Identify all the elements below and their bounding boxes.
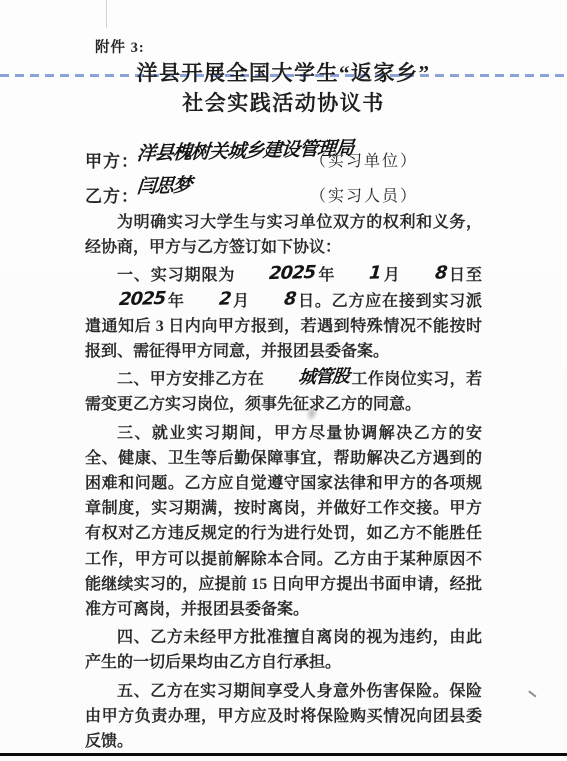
- printed-text-run: 二、甲方安排乙方在: [117, 371, 264, 388]
- printed-text-run: 月: [232, 293, 250, 310]
- handwriting-party-b: 闫思梦: [136, 176, 192, 196]
- handwritten-run: 2025: [86, 290, 166, 310]
- printed-text-run: 四、乙方未经甲方批准擅自离岗的视为违约，由此产生的一切后果均由乙方自行承担。: [85, 629, 482, 671]
- handwritten-run: 8: [251, 290, 296, 309]
- paragraph: 三、就业实习期间，甲方尽量协调解决乙方的安全、健康、卫生等后勤保障事宜，帮助解决…: [85, 421, 482, 623]
- printed-text-run: 年: [167, 293, 185, 310]
- body-paragraphs: 为明确实习大学生与实习单位双方的权利和义务，经协商，甲方与乙方签订如下协议：一、…: [85, 210, 482, 757]
- paragraph: 四、乙方未经甲方批准擅自离岗的视为违约，由此产生的一切后果均由乙方自行承担。: [85, 625, 482, 675]
- paragraph: 二、甲方安排乙方在城管股工作岗位实习，若需变更乙方实习岗位，须事先征求乙方的同意…: [85, 367, 482, 417]
- paragraph: 五、乙方在实习期间享受人身意外伤害保险。保险由甲方负责办理，甲方应及时将保险购买…: [85, 679, 482, 755]
- paragraph: 一、实习期限为2025年1月8日至2025年2月8日。乙方应在接到实习派遣通知后…: [85, 263, 482, 364]
- attachment-label: 附件 3:: [95, 36, 145, 57]
- party-a-label: 甲方：: [85, 147, 139, 172]
- handwritten-run: 1: [337, 265, 382, 284]
- paragraph: 为明确实习大学生与实习单位双方的权利和义务，经协商，甲方与乙方签订如下协议：: [85, 210, 482, 260]
- scan-artifact-diagonal-mark: [528, 690, 536, 697]
- party-b-label: 乙方：: [85, 182, 139, 207]
- scan-artifact-vertical-line: [106, 0, 107, 28]
- party-b-row: 乙方： 闫思梦 （实习人员）: [85, 180, 505, 210]
- party-a-role: （实习单位）: [310, 148, 418, 171]
- printed-text-run: 一、实习期限为: [117, 267, 235, 284]
- handwritten-run: 2025: [237, 264, 317, 284]
- printed-text-run: 为明确实习大学生与实习单位双方的权利和义务，经协商，甲方与乙方签订如下协议：: [85, 214, 482, 256]
- printed-text-run: 月: [383, 267, 401, 284]
- document-title-line2: 社会实践活动协议书: [0, 87, 567, 117]
- printed-text-run: 三、就业实习期间，甲方尽量协调解决乙方的安全、健康、卫生等后勤保障事宜，帮助解决…: [85, 425, 482, 618]
- scanned-agreement-page: 附件 3: 洋县开展全国大学生“返家乡” 社会实践活动协议书 甲方： 洋县槐树关…: [0, 0, 567, 761]
- party-b-role: （实习人员）: [310, 183, 418, 206]
- printed-text-run: 五、乙方在实习期间享受人身意外伤害保险。保险由甲方负责办理，甲方应及时将保险购买…: [85, 683, 482, 750]
- printed-text-run: 日至: [448, 267, 482, 284]
- handwritten-run: 8: [402, 265, 447, 284]
- handwritten-run: 城管股: [265, 368, 350, 388]
- document-title-line1: 洋县开展全国大学生“返家乡”: [0, 57, 567, 87]
- party-b-handwritten-value: 闫思梦: [137, 177, 191, 197]
- printed-text-run: 年: [317, 267, 335, 284]
- handwritten-run: 2: [186, 290, 231, 309]
- party-a-row: 甲方： 洋县槐树关城乡建设管理局 （实习单位）: [85, 145, 505, 175]
